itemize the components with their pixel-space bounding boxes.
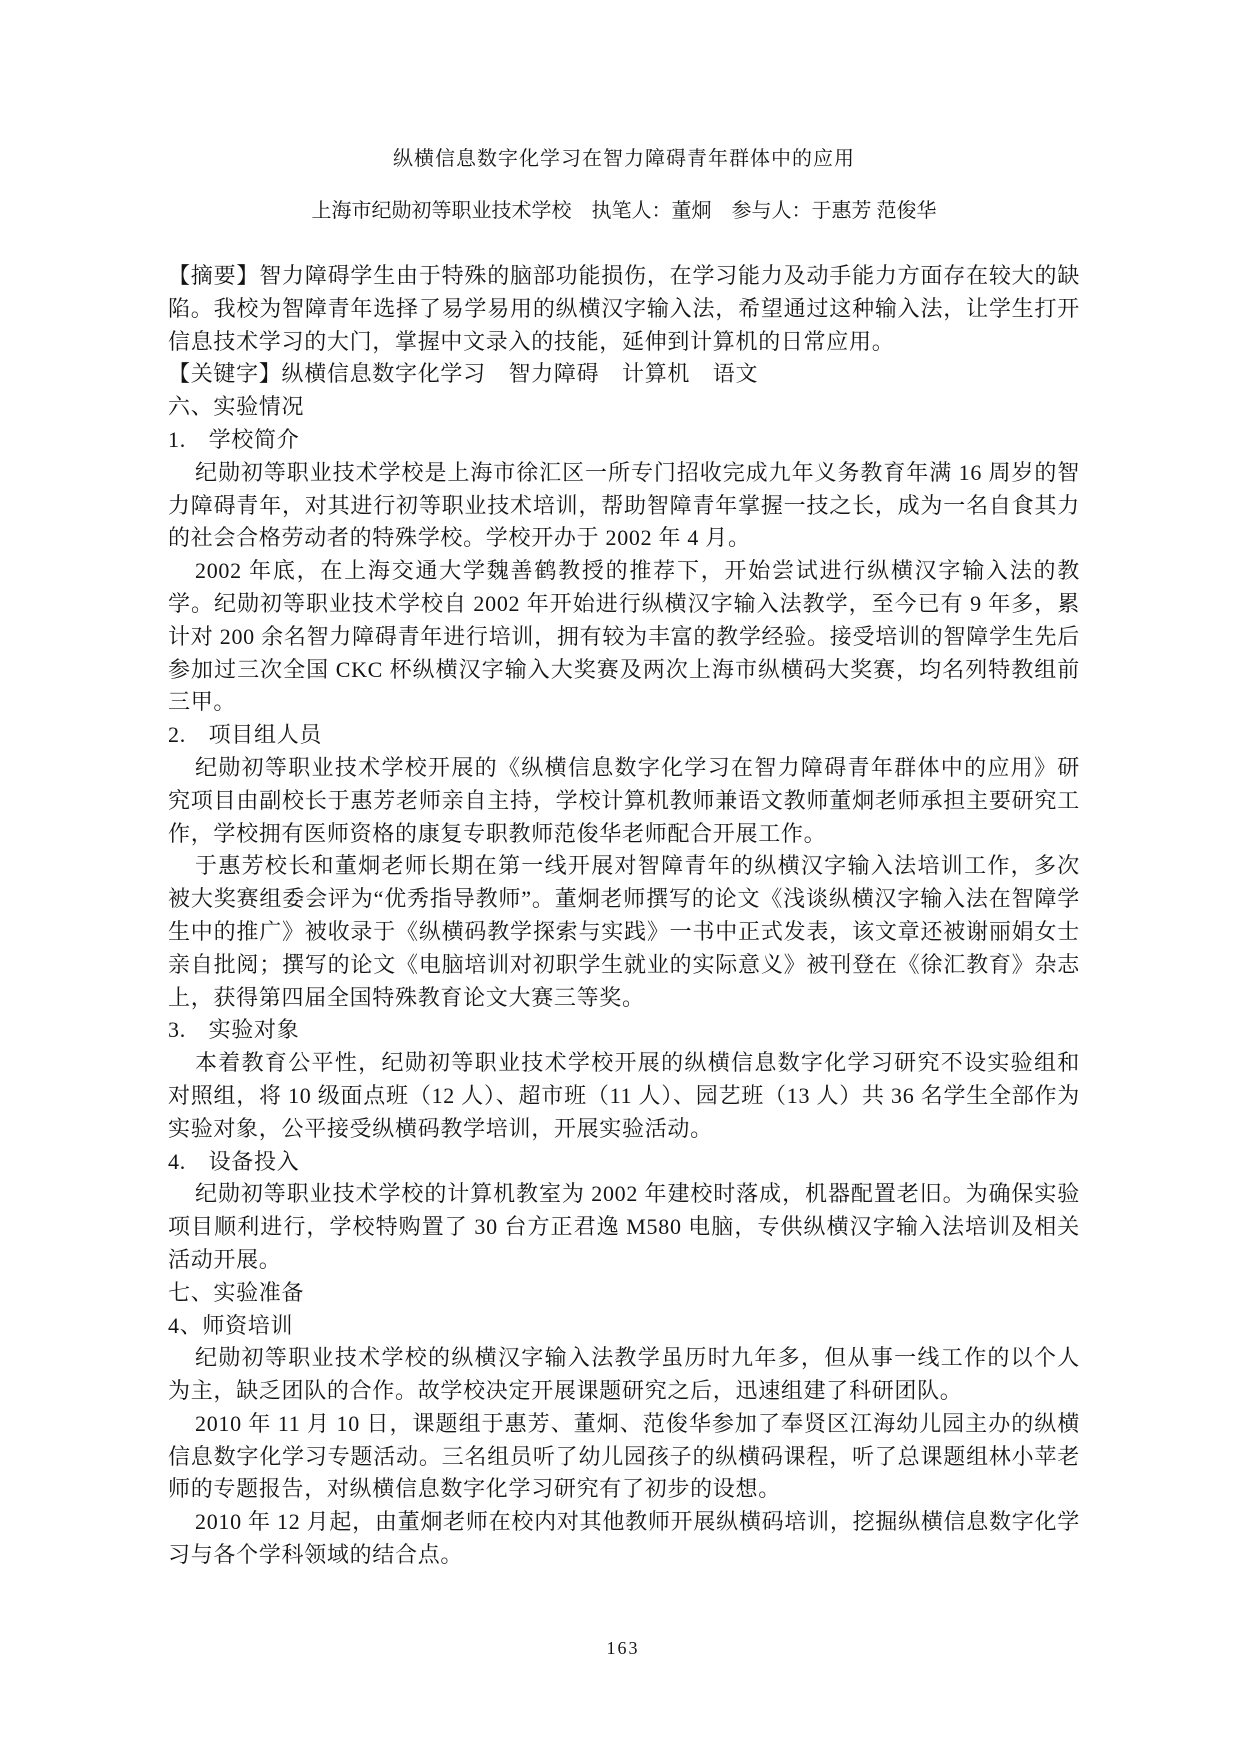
section-heading-subjects: 3. 实验对象 [168, 1014, 1080, 1047]
abstract-text: 【摘要】智力障碍学生由于特殊的脑部功能损伤，在学习能力及动手能力方面存在较大的缺… [168, 260, 1080, 358]
paragraph-teacher-training-1: 纪勋初等职业技术学校的纵横汉字输入法教学虽历时九年多，但从事一线工作的以个人为主… [168, 1342, 1080, 1408]
paragraph-school-intro-1: 纪勋初等职业技术学校是上海市徐汇区一所专门招收完成九年义务教育年满 16 周岁的… [168, 457, 1080, 555]
paragraph-subjects-1: 本着教育公平性，纪勋初等职业技术学校开展的纵横信息数字化学习研究不设实验组和对照… [168, 1047, 1080, 1145]
paragraph-equipment-1: 纪勋初等职业技术学校的计算机教室为 2002 年建校时落成，机器配置老旧。为确保… [168, 1178, 1080, 1276]
section-heading-project-team: 2. 项目组人员 [168, 719, 1080, 752]
paragraph-school-intro-2: 2002 年底，在上海交通大学魏善鹤教授的推荐下，开始尝试进行纵横汉字输入法的教… [168, 555, 1080, 719]
paragraph-project-team-2: 于惠芳校长和董炯老师长期在第一线开展对智障青年的纵横汉字输入法培训工作，多次被大… [168, 850, 1080, 1014]
keywords-line: 【关键字】纵横信息数字化学习 智力障碍 计算机 语文 [168, 358, 1080, 391]
section-heading-teacher-training: 4、师资培训 [168, 1310, 1080, 1343]
paper-title: 纵横信息数字化学习在智力障碍青年群体中的应用 [168, 146, 1080, 172]
paper-page: 纵横信息数字化学习在智力障碍青年群体中的应用 上海市纪勋初等职业技术学校 执笔人… [0, 0, 1246, 1763]
section-heading-school-intro: 1. 学校简介 [168, 424, 1080, 457]
paragraph-teacher-training-2: 2010 年 11 月 10 日，课题组于惠芳、董炯、范俊华参加了奉贤区江海幼儿… [168, 1408, 1080, 1506]
section-heading-experiment-overview: 六、实验情况 [168, 391, 1080, 424]
page-number: 163 [0, 1638, 1246, 1659]
byline: 上海市纪勋初等职业技术学校 执笔人：董炯 参与人：于惠芳 范俊华 [168, 198, 1080, 224]
section-heading-equipment: 4. 设备投入 [168, 1146, 1080, 1179]
paragraph-teacher-training-3: 2010 年 12 月起，由董炯老师在校内对其他教师开展纵横码培训，挖掘纵横信息… [168, 1506, 1080, 1572]
section-heading-experiment-prep: 七、实验准备 [168, 1277, 1080, 1310]
paragraph-project-team-1: 纪勋初等职业技术学校开展的《纵横信息数字化学习在智力障碍青年群体中的应用》研究项… [168, 752, 1080, 850]
paper-content: 纵横信息数字化学习在智力障碍青年群体中的应用 上海市纪勋初等职业技术学校 执笔人… [168, 146, 1080, 1572]
